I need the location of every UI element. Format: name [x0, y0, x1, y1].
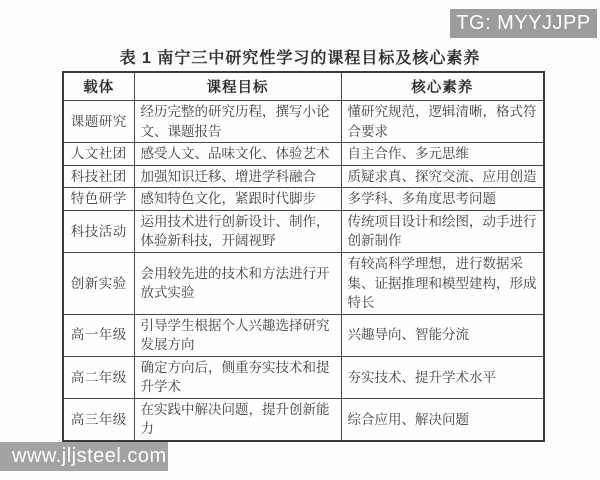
- cell-literacy: 懂研究规范，逻辑清晰，格式符合要求: [341, 101, 544, 143]
- cell-carrier: 人文社团: [63, 143, 134, 166]
- table-row: 科技社团 加强知识迁移、增进学科融合 质疑求真、探究交流、应用创造: [63, 165, 544, 188]
- cell-carrier: 课题研究: [63, 101, 134, 143]
- header-row: 载体 课程目标 核心素养: [63, 72, 544, 101]
- cell-carrier: 高一年级: [63, 314, 134, 356]
- cell-objective: 会用较先进的技术和方法进行开放式实验: [134, 252, 341, 314]
- cell-carrier: 高三年级: [63, 398, 134, 441]
- cell-carrier: 特色研学: [63, 188, 134, 211]
- cell-objective: 经历完整的研究历程，撰写小论文、课题报告: [134, 101, 341, 143]
- cell-literacy: 综合应用、解决问题: [341, 398, 544, 441]
- cell-objective: 加强知识迁移、增进学科融合: [134, 165, 341, 188]
- cell-literacy: 自主合作、多元思维: [341, 143, 544, 166]
- cell-literacy: 质疑求真、探究交流、应用创造: [341, 165, 544, 188]
- cell-literacy: 兴趣导向、智能分流: [341, 314, 544, 356]
- scanned-document-page: TG: MYYJJPP 表 1 南宁三中研究性学习的课程目标及核心素养 载体 课…: [0, 0, 600, 480]
- table-row: 科技活动 运用技术进行创新设计、制作，体验新科技，开阔视野 传统项目设计和绘图，…: [63, 210, 544, 252]
- cell-objective: 感知特色文化，紧跟时代脚步: [134, 188, 341, 211]
- tg-watermark-badge: TG: MYYJJPP: [450, 9, 597, 38]
- cell-objective: 确定方向后，侧重夯实技术和提升学术: [134, 356, 341, 398]
- cell-carrier: 高二年级: [63, 356, 134, 398]
- cell-carrier: 科技活动: [63, 210, 134, 252]
- cell-objective: 感受人文、品味文化、体验艺术: [134, 143, 341, 166]
- table-row: 高二年级 确定方向后，侧重夯实技术和提升学术 夯实技术、提升学术水平: [63, 356, 544, 398]
- site-watermark-badge: www.jljsteel.com: [0, 442, 168, 471]
- cell-carrier: 创新实验: [63, 252, 134, 314]
- column-header-carrier: 载体: [63, 72, 134, 101]
- table-row: 人文社团 感受人文、品味文化、体验艺术 自主合作、多元思维: [63, 143, 544, 166]
- cell-objective: 在实践中解决问题，提升创新能力: [134, 398, 341, 441]
- cell-objective: 引导学生根据个人兴趣选择研究发展方向: [134, 314, 341, 356]
- column-header-objectives: 课程目标: [134, 72, 341, 101]
- table-row: 高三年级 在实践中解决问题，提升创新能力 综合应用、解决问题: [63, 398, 544, 441]
- cell-literacy: 多学科、多角度思考问题: [341, 188, 544, 211]
- cell-literacy: 传统项目设计和绘图，动手进行创新制作: [341, 210, 544, 252]
- table-title: 表 1 南宁三中研究性学习的课程目标及核心素养: [0, 45, 600, 68]
- cell-literacy: 夯实技术、提升学术水平: [341, 356, 544, 398]
- table-row: 课题研究 经历完整的研究历程，撰写小论文、课题报告 懂研究规范，逻辑清晰，格式符…: [63, 101, 544, 143]
- table-row: 高一年级 引导学生根据个人兴趣选择研究发展方向 兴趣导向、智能分流: [63, 314, 544, 356]
- course-goals-table: 载体 课程目标 核心素养 课题研究 经历完整的研究历程，撰写小论文、课题报告 懂…: [62, 71, 545, 442]
- column-header-literacy: 核心素养: [341, 72, 544, 101]
- table-row: 特色研学 感知特色文化，紧跟时代脚步 多学科、多角度思考问题: [63, 188, 544, 211]
- cell-objective: 运用技术进行创新设计、制作，体验新科技，开阔视野: [134, 210, 341, 252]
- cell-carrier: 科技社团: [63, 165, 134, 188]
- table-row: 创新实验 会用较先进的技术和方法进行开放式实验 有较高科学理想，进行数据采集、证…: [63, 252, 544, 314]
- cell-literacy: 有较高科学理想，进行数据采集、证据推理和模型建构，形成特长: [341, 252, 544, 314]
